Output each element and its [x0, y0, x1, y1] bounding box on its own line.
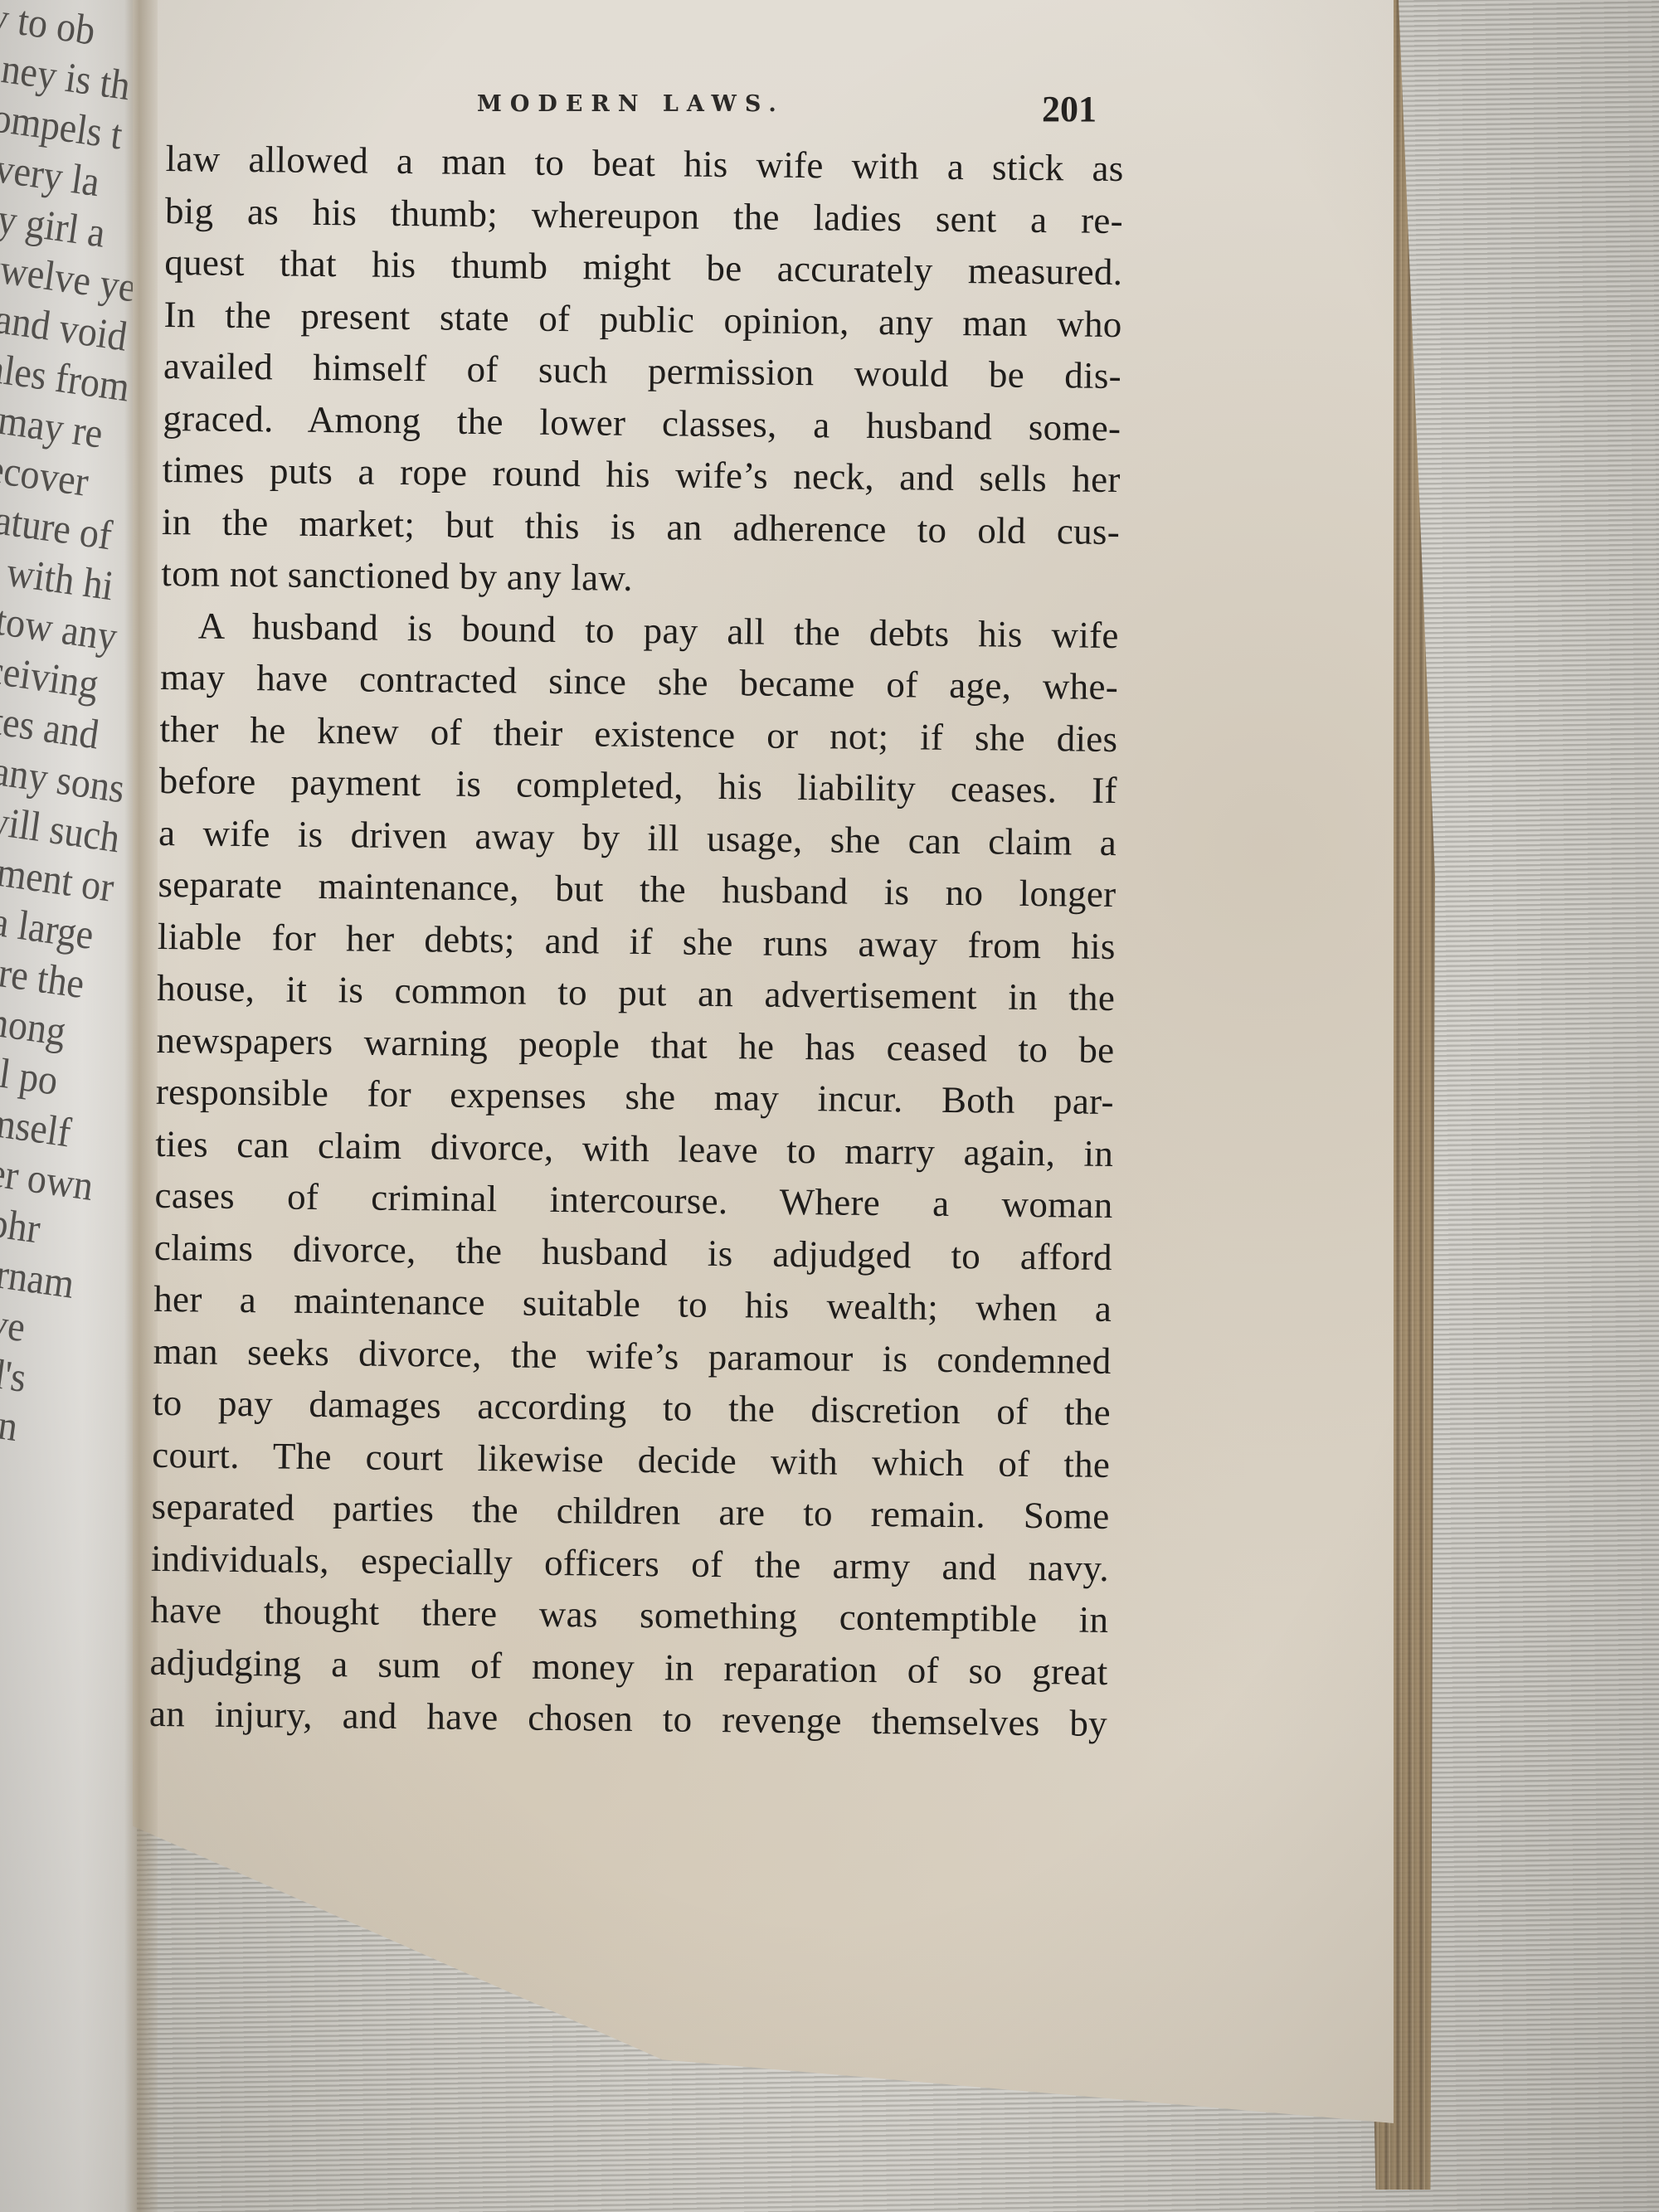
- text-line: house, it is common to put an advertisem…: [157, 962, 1116, 1024]
- text-line: times puts a rope round his wife’s neck,…: [162, 444, 1121, 506]
- text-line: may have contracted since she became of …: [160, 651, 1119, 713]
- text-line: tom not sanctioned by any law.: [161, 547, 1120, 610]
- page-body-text: law allowed a man to beat his wife with …: [149, 133, 1124, 1749]
- running-head: MODERN LAWS.: [477, 91, 785, 117]
- text-line: responsible for expenses she may incur. …: [156, 1066, 1115, 1128]
- page-number: 201: [1042, 88, 1097, 130]
- text-line: an injury, and have chosen to revenge th…: [149, 1688, 1108, 1750]
- book-gutter: [124, 0, 158, 2212]
- facing-page-left: y to ob oney is th compels t a very la a…: [0, 0, 137, 2212]
- paragraph-2: A husband is bound to pay all the debts …: [149, 599, 1119, 1749]
- text-line: separated parties the children are to re…: [151, 1480, 1110, 1543]
- paragraph-1: law allowed a man to beat his wife with …: [161, 133, 1124, 610]
- text-line: cases of criminal intercourse. Where a w…: [154, 1169, 1113, 1232]
- text-line: separate maintenance, but the husband is…: [158, 858, 1117, 921]
- text-line: her a maintenance suitable to his wealth…: [153, 1273, 1112, 1335]
- text-line: have thought there was something contemp…: [150, 1584, 1109, 1646]
- text-line: law allowed a man to beat his wife with …: [165, 133, 1124, 195]
- text-line: to pay damages according to the discreti…: [153, 1377, 1112, 1439]
- text-line: quest that his thumb might be accurately…: [164, 236, 1123, 299]
- text-line: availed himself of such permission would…: [163, 340, 1122, 402]
- facing-page-text-fragments: y to ob oney is th compels t a very la a…: [0, 0, 137, 1493]
- text-line: before payment is completed, his liabili…: [158, 755, 1117, 817]
